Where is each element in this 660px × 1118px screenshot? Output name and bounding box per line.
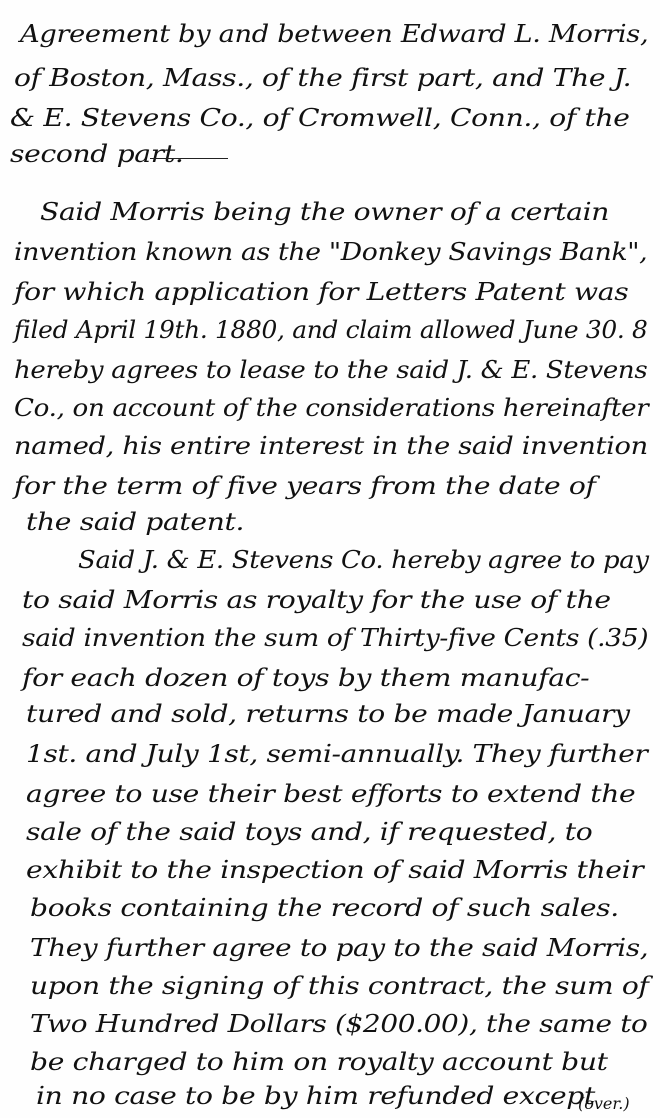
para2-line-10: books containing the record of such sale…	[30, 896, 619, 921]
preamble-line-3: & E. Stevens Co., of Cromwell, Conn., of…	[10, 106, 630, 131]
para2-line-13: Two Hundred Dollars ($200.00), the same …	[30, 1012, 648, 1037]
para2-line-9: exhibit to the inspection of said Morris…	[26, 858, 643, 883]
para2-line-5: tured and sold, returns to be made Janua…	[26, 702, 630, 727]
preamble-line-2: of Boston, Mass., of the first part, and…	[14, 66, 631, 91]
para1-line-6: Co., on account of the considerations he…	[14, 396, 648, 421]
continuation-note: (over.)	[578, 1094, 630, 1113]
para2-line-7: agree to use their best efforts to exten…	[26, 782, 635, 807]
para2-line-8: sale of the said toys and, if requested,…	[26, 820, 592, 845]
para1-line-3: for which application for Letters Patent…	[14, 280, 628, 305]
para1-line-5: hereby agrees to lease to the said J. & …	[14, 358, 647, 383]
para2-line-1: Said J. & E. Stevens Co. hereby agree to…	[78, 548, 649, 573]
preamble-line-4: second part.	[10, 142, 183, 167]
para1-line-9: the said patent.	[26, 510, 244, 535]
para2-line-4: for each dozen of toys by them manufac-	[22, 666, 589, 691]
para1-line-1: Said Morris being the owner of a certain	[40, 200, 609, 225]
para2-line-2: to said Morris as royalty for the use of…	[22, 588, 611, 613]
para2-line-12: upon the signing of this contract, the s…	[30, 974, 649, 999]
preamble-end-stroke	[150, 158, 228, 159]
para1-line-8: for the term of five years from the date…	[14, 474, 596, 499]
para2-line-3: said invention the sum of Thirty-five Ce…	[22, 626, 648, 651]
para1-line-4: filed April 19th. 1880, and claim allowe…	[14, 318, 648, 343]
preamble-line-1: Agreement by and between Edward L. Morri…	[20, 22, 648, 47]
para2-line-6: 1st. and July 1st, semi-annually. They f…	[26, 742, 647, 767]
para1-line-2: invention known as the "Donkey Savings B…	[14, 240, 647, 265]
para2-line-14: be charged to him on royalty account but	[30, 1050, 608, 1075]
para2-line-15: in no case to be by him refunded except	[36, 1084, 595, 1109]
handwritten-agreement-page: Agreement by and between Edward L. Morri…	[0, 0, 660, 1118]
para2-line-11: They further agree to pay to the said Mo…	[30, 936, 648, 961]
para1-line-7: named, his entire interest in the said i…	[14, 434, 648, 459]
